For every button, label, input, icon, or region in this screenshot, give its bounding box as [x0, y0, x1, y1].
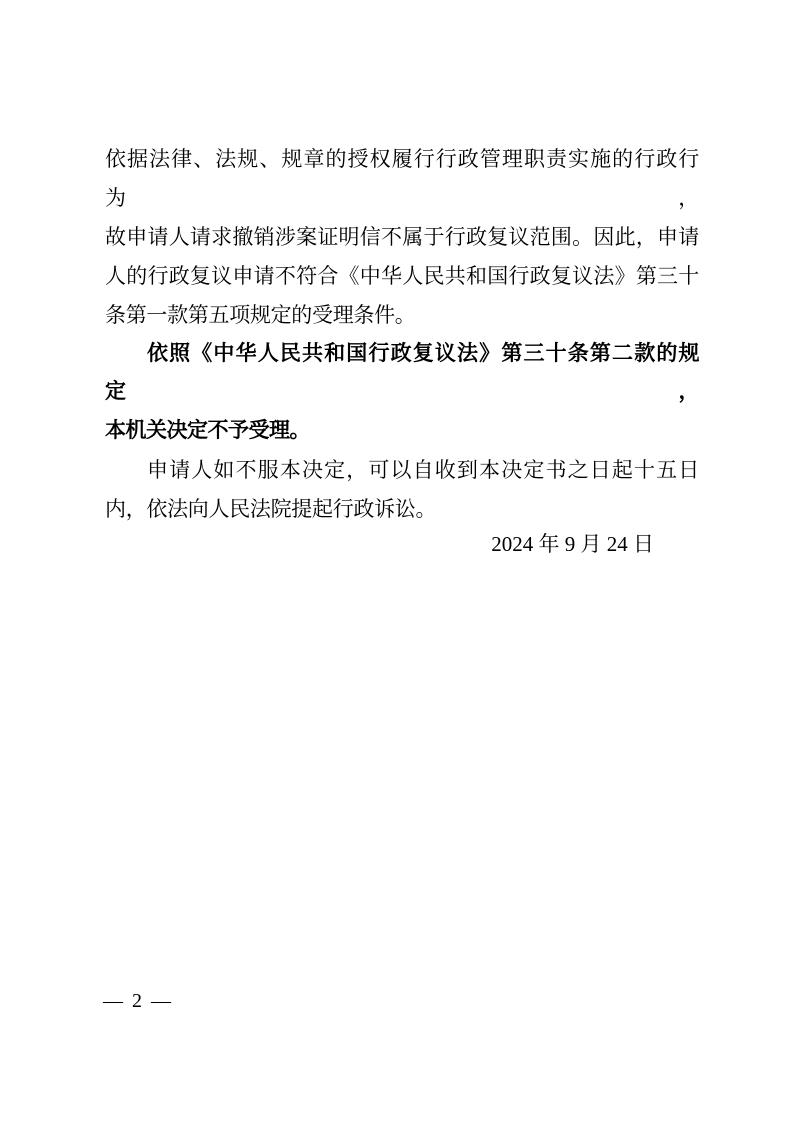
page-number: — 2 — — [103, 987, 173, 1015]
body-line: 依据法律、法规、规章的授权履行行政管理职责实施的行政行为， — [105, 140, 699, 218]
body-line: 内，依法向人民法院提起行政诉讼。 — [105, 490, 699, 529]
decision-date: 2024 年 9 月 24 日 — [105, 528, 699, 560]
body-line: 故申请人请求撤销涉案证明信不属于行政复议范围。因此，申请 — [105, 218, 699, 257]
body-line: 条第一款第五项规定的受理条件。 — [105, 296, 699, 335]
body-line-bold: 本机关决定不予受理。 — [105, 412, 699, 451]
body-line-bold: 依照《中华人民共和国行政复议法》第三十条第二款的规定， — [105, 335, 699, 413]
body-line: 申请人如不服本决定，可以自收到本决定书之日起十五日 — [105, 451, 699, 490]
document-page: 依据法律、法规、规章的授权履行行政管理职责实施的行政行为， 故申请人请求撤销涉案… — [0, 0, 794, 1123]
body-text-block: 依据法律、法规、规章的授权履行行政管理职责实施的行政行为， 故申请人请求撤销涉案… — [105, 140, 699, 529]
body-line: 人的行政复议申请不符合《中华人民共和国行政复议法》第三十 — [105, 257, 699, 296]
